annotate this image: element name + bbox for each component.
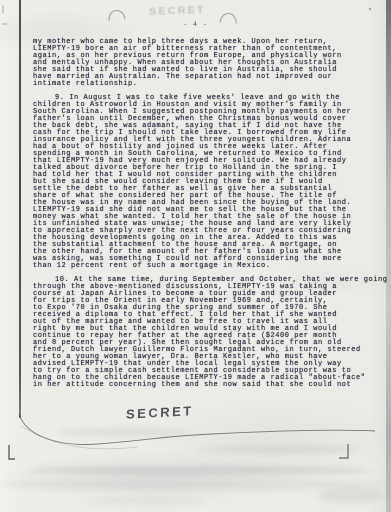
smudge-band [60, 428, 190, 436]
film-edge-line-left [19, 0, 21, 418]
page-header: SECRET - 4 - [0, 0, 391, 36]
smudge-band [28, 466, 373, 475]
document-text-block: my mother who came to help three days a … [33, 39, 365, 396]
secret-stamp-bottom: SECRET [126, 403, 194, 422]
text-line: than 12 percent rent of such a mortgage … [33, 263, 365, 270]
text-line: intimate relationship. [33, 81, 365, 88]
faded-secret-stamp-top: SECRET [149, 4, 206, 17]
scanned-document-page: SECRET - 4 - my mother who came to help … [0, 0, 391, 512]
smudge-blotch [318, 488, 384, 503]
paragraph: 10. At the same time, during September a… [33, 277, 365, 389]
smudge-band [196, 446, 361, 453]
smudge-band [86, 497, 206, 506]
paragraph: 9. In August I was to take five weeks' l… [33, 95, 365, 270]
film-edge-strip-right [386, 0, 391, 512]
corner-registration-mark-left [9, 445, 15, 459]
page-number: - 4 - [0, 21, 391, 28]
paragraph: my mother who came to help three days a … [33, 39, 365, 88]
stamp-arc-mark-left [108, 9, 126, 21]
text-line: in her attitude concerning them and she … [33, 382, 365, 389]
